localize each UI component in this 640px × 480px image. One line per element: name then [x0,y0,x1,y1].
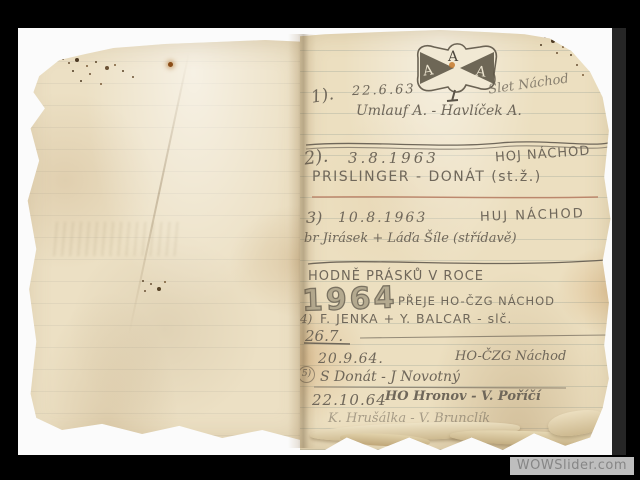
entry6-date: 22.10.64 [312,393,387,408]
entry5-date: 20.9.64. [318,352,384,366]
entry2-names: PRISLINGER - DONÁT (st.ž.) [312,170,542,184]
entry5-names: S Donát - J Novotný [320,370,460,384]
binding-fold-shadow [288,34,316,448]
entry2-venue: HOJ NÁCHOD [495,145,591,165]
entry6-venue: HO Hronov - V. Poříčí [385,390,541,403]
watermark-label: WOWSlider.com [517,458,627,473]
entry3-venue: HUJ NÁCHOD [480,207,585,224]
watermark[interactable]: WOWSlider.com [510,457,634,475]
entry4-wish-line2: PŘEJE HO-ČZG NÁCHOD [398,296,555,308]
right-page: A A A Slet Náchod 1). 22.6.63 Umlauf A. … [300,30,612,450]
entry2-date: 3.8.1963 [348,151,439,166]
entry1-names: Umlauf A. - Havlíček A. [356,104,522,118]
scanned-notebook-viewer: { "colors": { "frame": "#000000", "scan_… [0,0,640,480]
entry5-venue: HO-ČZG Náchod [455,350,566,363]
entry4-names: F. JENKA + Y. BALCAR - slč. [320,313,512,326]
scanner-edge-shadow [612,28,626,455]
entry3-names: br Jirásek + Láďa Šíle (střídavě) [304,232,517,245]
left-page [22,40,308,442]
mildew-speckles [142,280,144,282]
entry3-date: 10.8.1963 [338,211,427,225]
ink-bleed-smudge [50,222,180,256]
entry1-date: 22.6.63 [352,83,416,98]
rust-stain-dot [168,62,173,67]
paper-crease [128,52,190,336]
